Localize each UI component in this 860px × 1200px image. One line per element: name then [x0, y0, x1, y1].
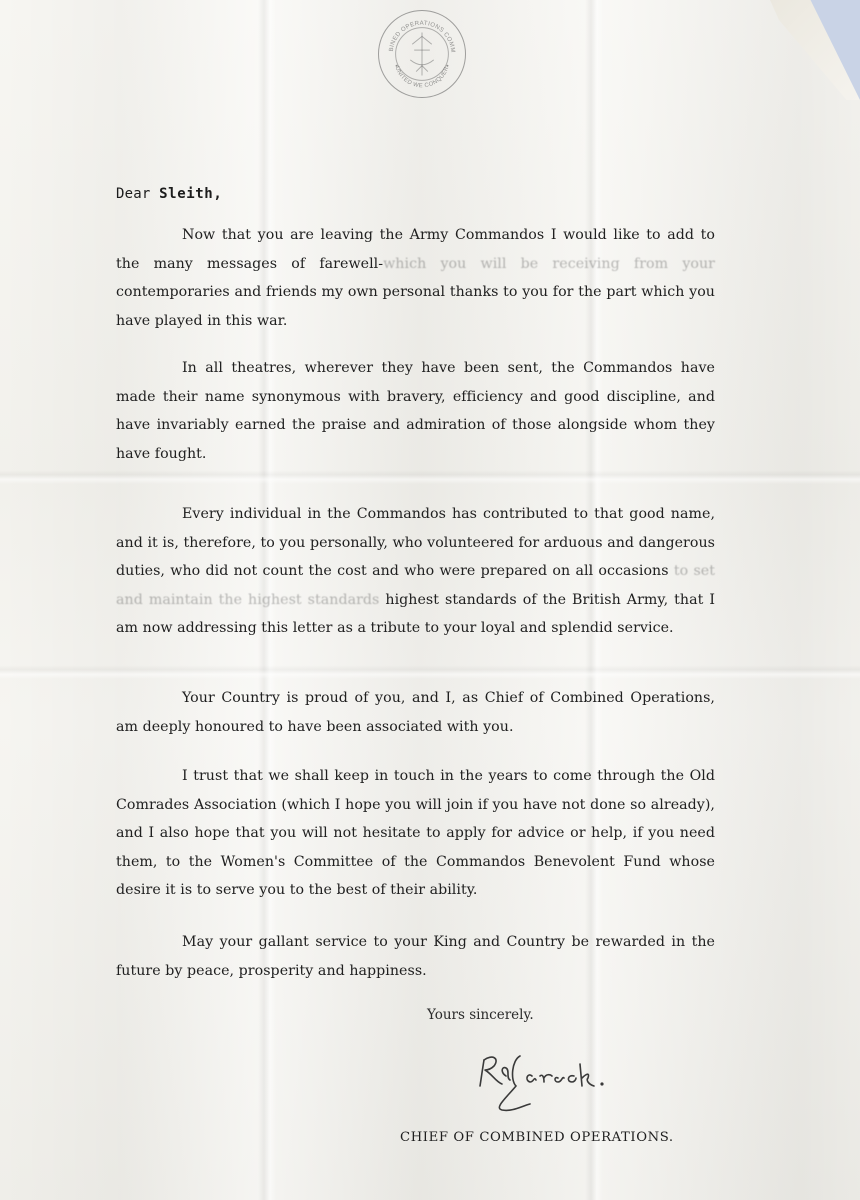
- obscured-text: which you will be receiving from your: [383, 256, 715, 272]
- paragraph-text: contemporaries and friends my own person…: [116, 284, 715, 329]
- paper-fold-line: [0, 665, 860, 679]
- letter-paragraph-4: Your Country is proud of you, and I, as …: [116, 684, 715, 741]
- paragraph-text: May your gallant service to your King an…: [116, 934, 715, 979]
- letter-paragraph-6: May your gallant service to your King an…: [116, 928, 715, 985]
- paragraph-text: Your Country is proud of you, and I, as …: [116, 690, 715, 735]
- svg-text:COMBINED OPERATIONS COMMAND: COMBINED OPERATIONS COMMAND: [379, 11, 455, 53]
- letter-paragraph-2: In all theatres, wherever they have been…: [116, 354, 715, 468]
- recipient-name: Sleith,: [159, 186, 222, 202]
- paper-fold-line: [0, 470, 860, 484]
- closing-line: Yours sincerely.: [427, 1007, 534, 1023]
- salutation: Dear Sleith,: [116, 186, 222, 202]
- paragraph-text: I trust that we shall keep in touch in t…: [116, 768, 715, 898]
- letter-paragraph-5: I trust that we shall keep in touch in t…: [116, 762, 715, 905]
- handwritten-signature-icon: [476, 1046, 636, 1121]
- letter-paragraph-1: Now that you are leaving the Army Comman…: [116, 221, 715, 335]
- salutation-prefix: Dear: [116, 186, 159, 202]
- paragraph-text: Every individual in the Commandos has co…: [116, 506, 715, 579]
- signatory-title: CHIEF OF COMBINED OPERATIONS.: [400, 1130, 674, 1145]
- letter-paragraph-3: Every individual in the Commandos has co…: [116, 500, 715, 643]
- combined-operations-seal-icon: COMBINED OPERATIONS COMMAND UNITED WE CO…: [378, 10, 466, 98]
- paragraph-text: In all theatres, wherever they have been…: [116, 360, 715, 462]
